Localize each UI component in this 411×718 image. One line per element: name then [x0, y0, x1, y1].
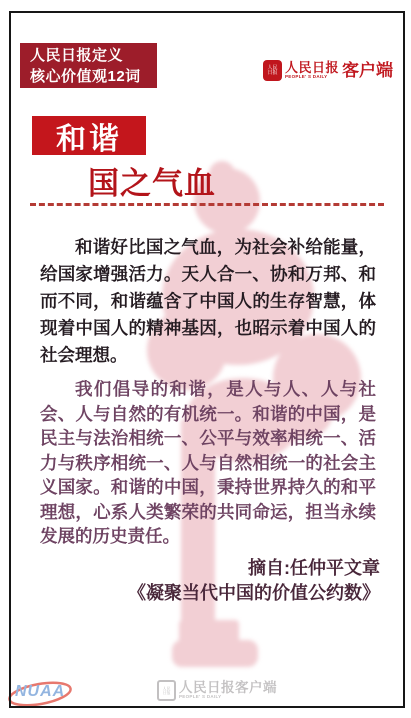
- brand-name-block: 人民日报 PEOPLE' S DAILY: [285, 61, 339, 80]
- footer-watermark: 人民日报 人民日报客户端 PEOPLE' S DAILY: [157, 680, 277, 701]
- citation-line2: 《凝聚当代中国的价值公约数》: [128, 581, 380, 606]
- watermark-name-block: 人民日报客户端 PEOPLE' S DAILY: [179, 681, 277, 700]
- series-badge-line2: 核心价值观12词: [30, 66, 157, 87]
- paragraph-2: 我们倡导的和谐，是人与人、人与社会、人与自然的有机统一。和谐的中国，是民主与法治…: [40, 377, 376, 549]
- nuaa-logo: NUAA: [6, 676, 74, 710]
- peoples-daily-logo-icon-text: 人民日报: [266, 66, 278, 76]
- poster-canvas: 人民日报定义 核心价值观12词 人民日报 人民日报 PEOPLE' S DAIL…: [0, 0, 411, 718]
- peoples-daily-logo-icon: 人民日报: [263, 60, 282, 81]
- series-badge-line1: 人民日报定义: [30, 45, 157, 66]
- peoples-daily-brand: 人民日报 人民日报 PEOPLE' S DAILY 客户端: [263, 60, 393, 81]
- keyword-text: 和谐: [56, 114, 122, 158]
- subtitle-text: 国之气血: [88, 158, 216, 203]
- dashed-divider: [30, 203, 384, 206]
- series-badge: 人民日报定义 核心价值观12词: [20, 43, 157, 88]
- paragraph-1: 和谐好比国之气血，为社会补给能量，给国家增强活力。天人合一、协和万邦、和而不同，…: [40, 234, 376, 369]
- keyword-box: 和谐: [32, 116, 146, 155]
- watermark-cn: 人民日报客户端: [179, 681, 277, 694]
- brand-name-cn: 人民日报: [285, 61, 339, 74]
- watermark-logo-icon-text: 人民日报: [162, 687, 172, 695]
- watermark-logo-icon: 人民日报: [157, 680, 176, 701]
- nuaa-text: NUAA: [15, 683, 65, 701]
- watermark-en: PEOPLE' S DAILY: [179, 694, 221, 700]
- citation-line1: 摘自:任仲平文章: [128, 556, 380, 581]
- brand-suffix: 客户端: [342, 62, 393, 79]
- citation-block: 摘自:任仲平文章 《凝聚当代中国的价值公约数》: [128, 556, 380, 606]
- brand-name-en: PEOPLE' S DAILY: [285, 74, 327, 80]
